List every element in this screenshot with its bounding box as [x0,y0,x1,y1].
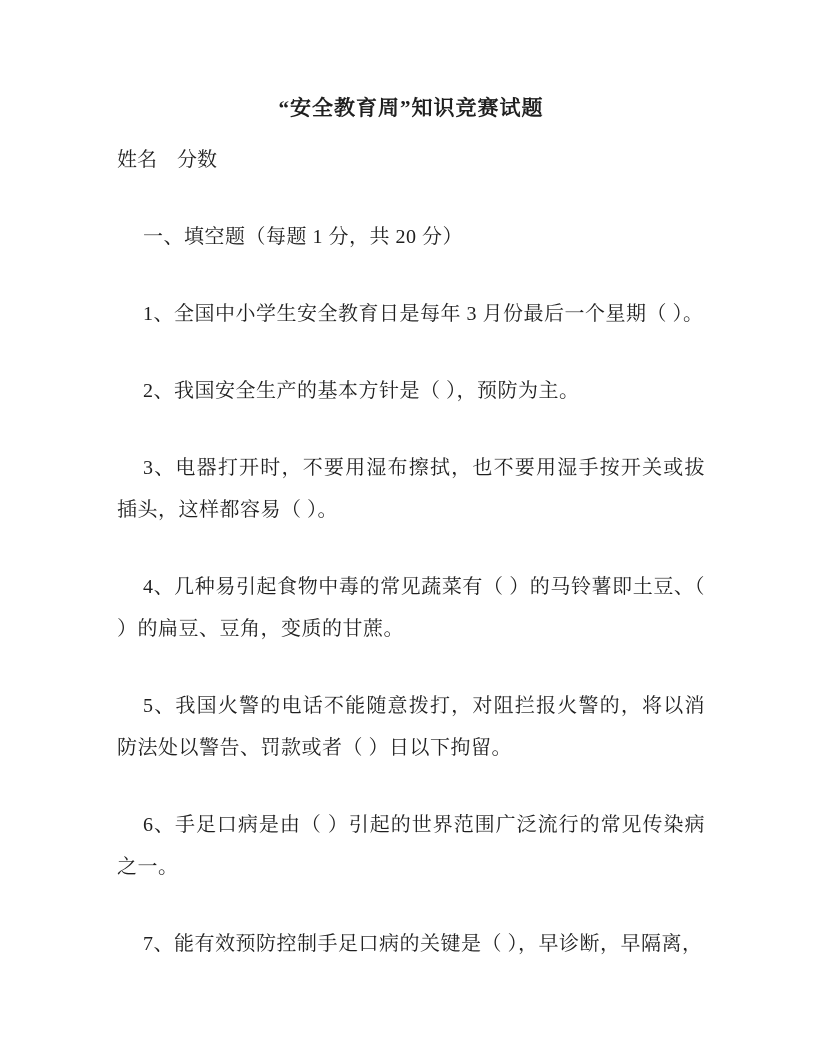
question-3: 3、电器打开时，不要用湿布擦拭，也不要用湿手按开关或拔插头，这样都容易（ ）。 [117,447,705,531]
question-1: 1、全国中小学生安全教育日是每年 3 月份最后一个星期（ ）。 [117,293,705,335]
question-6: 6、手足口病是由（ ）引起的世界范围广泛流行的常见传染病之一。 [117,804,705,888]
name-score-line: 姓名分数 [117,139,705,181]
question-7: 7、能有效预防控制手足口病的关键是（ ），早诊断，早隔离， [117,923,705,965]
score-label: 分数 [177,149,217,171]
question-2: 2、我国安全生产的基本方针是（ ），预防为主。 [117,370,705,412]
name-label: 姓名 [117,149,157,171]
section-heading-fill-in-blanks: 一、填空题（每题 1 分，共 20 分） [117,216,705,258]
question-4: 4、几种易引起食物中毒的常见蔬菜有（ ）的马铃薯即土豆、（ ）的扁豆、豆角，变质… [117,566,705,650]
document-title: “安全教育周”知识竞赛试题 [117,87,705,129]
question-5: 5、我国火警的电话不能随意拨打，对阻拦报火警的，将以消防法处以警告、罚款或者（ … [117,685,705,769]
document-page: “安全教育周”知识竞赛试题 姓名分数 一、填空题（每题 1 分，共 20 分） … [0,0,816,1056]
